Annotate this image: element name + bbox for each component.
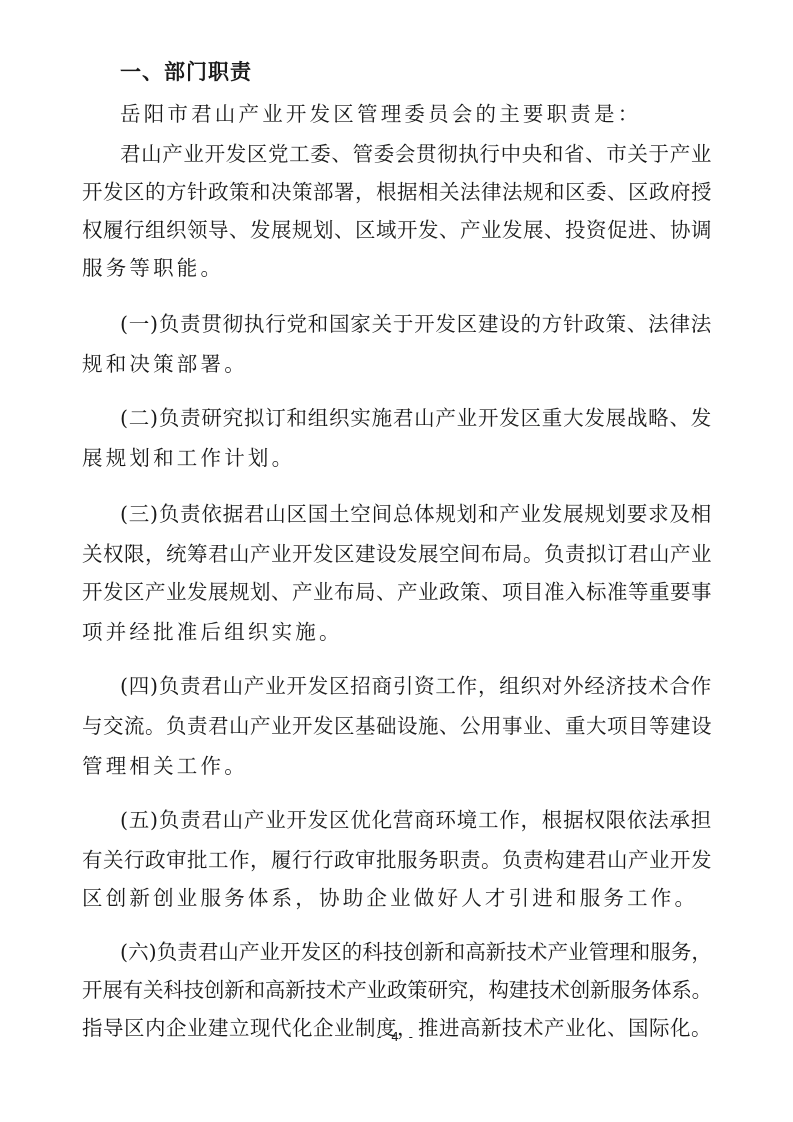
text-line: 关权限，统筹君山产业开发区建设发展空间布局。负责拟订君山产业 <box>82 540 712 568</box>
text-line: (六)负责君山产业开发区的科技创新和高新技术产业管理和服务， <box>120 938 712 966</box>
text-line: 服务等职能。 <box>82 254 224 282</box>
text-line: (三)负责依据君山区国土空间总体规划和产业发展规划要求及相 <box>120 500 712 528</box>
text-line: 项并经批准后组织实施。 <box>82 618 343 646</box>
text-line: 展规划和工作计划。 <box>82 444 295 472</box>
text-line: (二)负责研究拟订和组织实施君山产业开发区重大发展战略、发 <box>120 404 712 432</box>
text-line: 规和决策部署。 <box>82 350 248 378</box>
text-line: 管理相关工作。 <box>82 752 248 780</box>
text-line: (五)负责君山产业开发区优化营商环境工作，根据权限依法承担 <box>120 806 712 834</box>
page-number: - 4 - <box>0 1030 793 1044</box>
text-line: (一)负责贯彻执行党和国家关于开发区建设的方针政策、法律法 <box>120 310 712 338</box>
text-line: (四)负责君山产业开发区招商引资工作，组织对外经济技术合作 <box>120 672 712 700</box>
text-line: 君山产业开发区党工委、管委会贯彻执行中央和省、市关于产业 <box>120 140 712 168</box>
text-line: 开展有关科技创新和高新技术产业政策研究，构建技术创新服务体系。 <box>82 976 712 1004</box>
text-line: 有关行政审批工作，履行行政审批服务职责。负责构建君山产业开发 <box>82 846 712 874</box>
text-line: 开发区产业发展规划、产业布局、产业政策、项目准入标准等重要事 <box>82 578 712 606</box>
document-page: 一、部门职责 岳阳市君山产业开发区管理委员会的主要职责是：君山产业开发区党工委、… <box>0 0 793 1122</box>
text-line: 权履行组织领导、发展规划、区域开发、产业发展、投资促进、协调 <box>82 216 712 244</box>
text-line: 开发区的方针政策和决策部署，根据相关法律法规和区委、区政府授 <box>82 178 712 206</box>
section-heading: 一、部门职责 <box>120 56 252 86</box>
text-line: 与交流。负责君山产业开发区基础设施、公用事业、重大项目等建设 <box>82 712 712 740</box>
text-line: 区创新创业服务体系，协助企业做好人才引进和服务工作。 <box>82 884 698 912</box>
text-line: 岳阳市君山产业开发区管理委员会的主要职责是： <box>120 100 641 128</box>
